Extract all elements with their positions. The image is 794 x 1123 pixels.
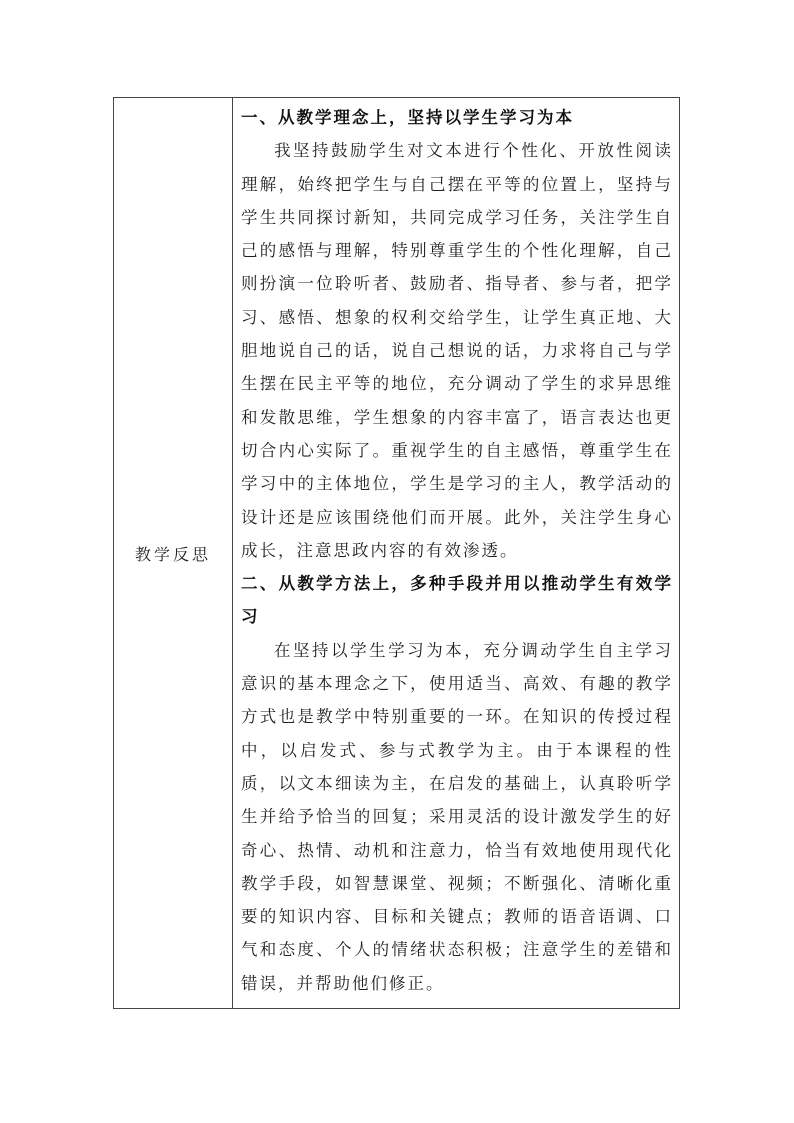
reflection-content-cell: 一、从教学理念上，坚持以学生学习为本 我坚持鼓励学生对文本进行个性化、开放性阅读…	[233, 98, 679, 1008]
section2-heading: 二、从教学方法上，多种手段并用以推动学生有效学习	[241, 567, 673, 634]
section1-paragraph: 我坚持鼓励学生对文本进行个性化、开放性阅读理解，始终把学生与自己摆在平等的位置上…	[241, 134, 673, 567]
document-page: 教学反思 一、从教学理念上，坚持以学生学习为本 我坚持鼓励学生对文本进行个性化、…	[0, 0, 794, 1123]
teaching-reflection-table: 教学反思 一、从教学理念上，坚持以学生学习为本 我坚持鼓励学生对文本进行个性化、…	[113, 97, 680, 1009]
row-label: 教学反思	[135, 542, 211, 565]
section1-heading: 一、从教学理念上，坚持以学生学习为本	[241, 101, 673, 134]
row-label-cell: 教学反思	[114, 98, 233, 1008]
section2-paragraph: 在坚持以学生学习为本，充分调动学生自主学习意识的基本理念之下，使用适当、高效、有…	[241, 634, 673, 1000]
